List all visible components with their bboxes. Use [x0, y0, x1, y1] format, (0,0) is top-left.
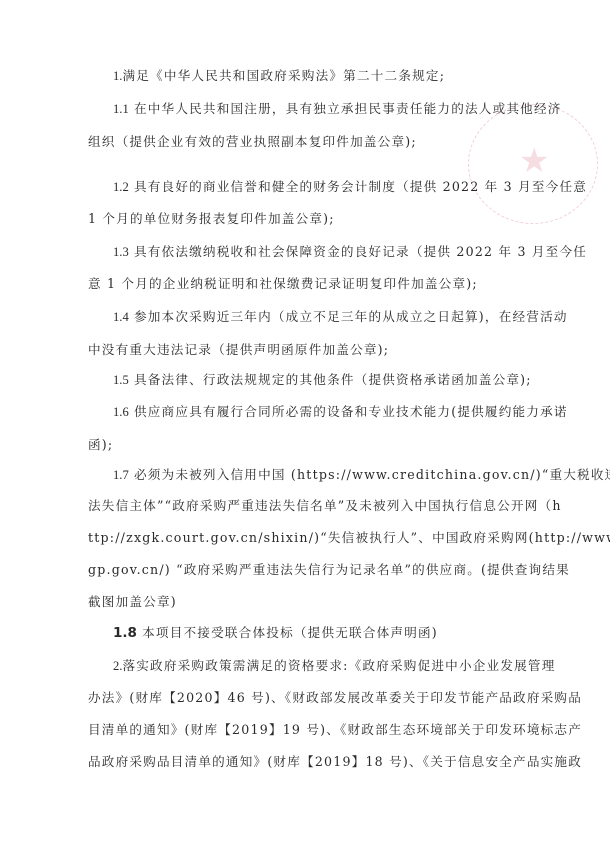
paragraph-2-cont-3: 品政府采购品目清单的通知》(财库【2019】18 号)、《关于信息安全产品实施政 — [88, 754, 520, 770]
paragraph-1-4: 1.4 参加本次采购近三年内（成立不足三年的从成立之日起算)，在经营活动 — [113, 309, 520, 325]
paragraph-1-7-cont-1: 法失信主体”“政府采购严重违法失信名单”及未被列入中国执行信息公开网（h — [88, 498, 520, 514]
paragraph-1-8: 1.8 本项目不接受联合体投标（提供无联合体声明函) — [113, 625, 520, 641]
paragraph-1-2-cont: 1 个月的单位财务报表复印件加盖公章); — [88, 211, 520, 227]
paragraph-2-cont-1: 办法》(财库【2020】46 号)、《财政部发展改革委关于印发节能产品政府采购品 — [88, 690, 520, 706]
paragraph-1: 1.满足《中华人民共和国政府采购法》第二十二条规定; — [113, 68, 520, 84]
document-page: ★ 1.满足《中华人民共和国政府采购法》第二十二条规定; 1.1 在中华人民共和… — [0, 0, 610, 862]
paragraph-1-7: 1.7 必须为未被列入信用中国 (https://www.creditchina… — [113, 467, 520, 483]
paragraph-1-4-cont: 中没有重大违法记录（提供声明函原件加盖公章); — [88, 342, 520, 358]
paragraph-1-7-cont-2: ttp://zxgk.court.gov.cn/shixin/)“失信被执行人”… — [88, 530, 520, 546]
paragraph-2: 2.落实政府采购政策需满足的资格要求:《政府采购促进中小企业发展管理 — [113, 658, 520, 674]
official-seal-stamp: ★ — [468, 104, 598, 224]
paragraph-1-5: 1.5 具备法律、行政法规规定的其他条件（提供资格承诺函加盖公章); — [113, 372, 520, 388]
paragraph-1-3: 1.3 具有依法缴纳税收和社会保障资金的良好记录（提供 2022 年 3 月至今… — [113, 244, 520, 260]
paragraph-1-1: 1.1 在中华人民共和国注册，具有独立承担民事责任能力的法人或其他经济 — [113, 101, 520, 117]
paragraph-2-cont-2: 目清单的通知》(财库【2019】19 号)、《财政部生态环境部关于印发环境标志产 — [88, 722, 520, 738]
paragraph-1-3-cont: 意 1 个月的企业纳税证明和社保缴费记录证明复印件加盖公章); — [88, 276, 520, 292]
paragraph-1-6-cont: 函); — [88, 437, 520, 453]
paragraph-1-2: 1.2 具有良好的商业信誉和健全的财务会计制度（提供 2022 年 3 月至今任… — [113, 179, 520, 195]
paragraph-1-7-cont-4: 截图加盖公章) — [88, 594, 520, 610]
paragraph-1-6: 1.6 供应商应具有履行合同所必需的设备和专业技术能力(提供履约能力承诺 — [113, 404, 520, 420]
paragraph-1-1-cont: 组织（提供企业有效的营业执照副本复印件加盖公章); — [88, 134, 520, 150]
paragraph-1-7-cont-3: gp.gov.cn/) “政府采购严重违法失信行为记录名单”的供应商。(提供查询… — [88, 562, 520, 578]
star-icon: ★ — [519, 141, 549, 181]
